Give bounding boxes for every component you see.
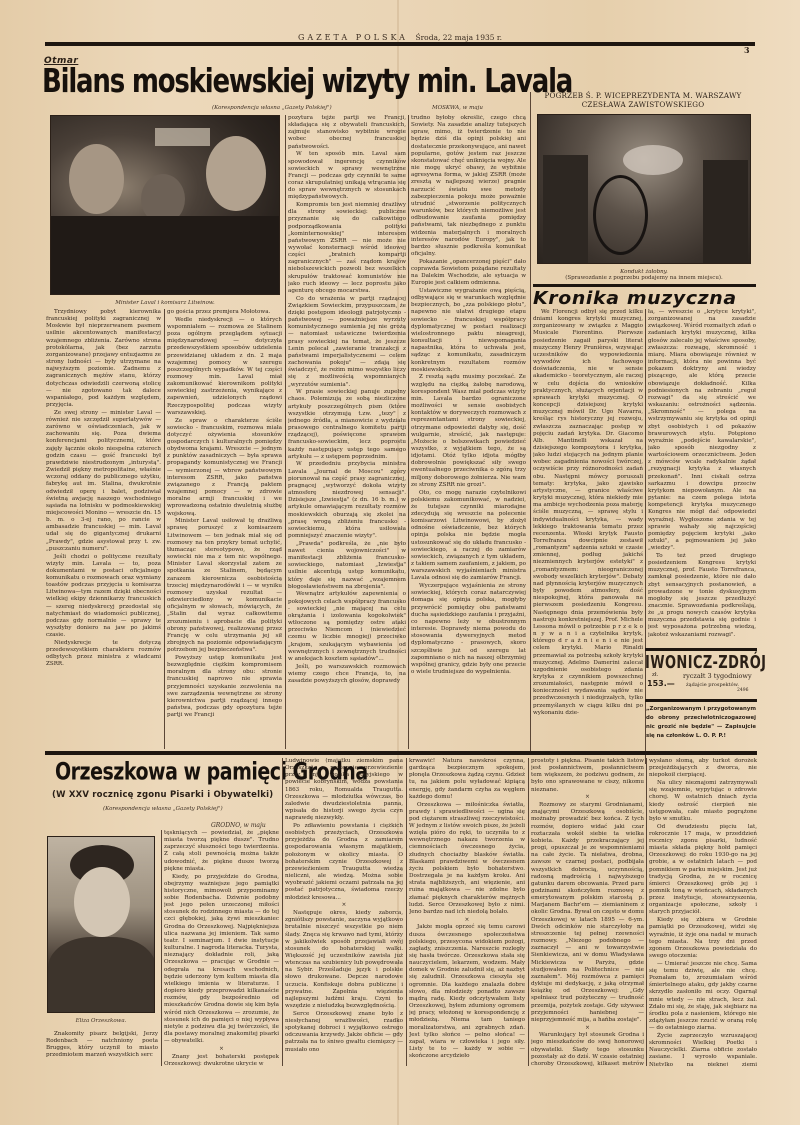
paragraph: Kiedy, po przyjeździe do Grodna, obejrzy…: [164, 874, 279, 1046]
paragraph: Życie zaprzeczyło wzruszającej skromnośc…: [649, 1033, 757, 1066]
photo-figure-right: [206, 136, 266, 211]
section-mark: ×: [531, 794, 644, 801]
column-rule: [646, 758, 647, 1066]
paragraph: Warunkujący był stosunek Grodna i jego m…: [531, 1032, 644, 1066]
paragraph: Od dwudziestu pięciu lat, rokrocznie 17 …: [649, 824, 757, 917]
ad-iwonicz-title: IWONICZ-ZDRÓJ: [645, 653, 766, 673]
paragraph: wysłano słomą, aby turkot dorożek przeje…: [649, 758, 757, 779]
paragraph: Znakomity pisarz belgijski, Jerzy Rodenb…: [46, 1031, 158, 1060]
section-mark: ×: [531, 1025, 644, 1032]
kronika-column-2: ła, — wreszcie o „krytyce krytyki", zorg…: [648, 309, 756, 639]
source-laval: (Korespondencja własna „Gazety Polskiej"…: [212, 105, 332, 111]
section-rule: [530, 92, 531, 752]
photo-dress: [48, 937, 155, 1013]
section-mark: ×: [164, 1046, 279, 1053]
ad-price: 153.—: [647, 679, 675, 688]
masthead-rule: [45, 42, 755, 46]
source-orzeszkowa: (Korespondencja własna „Gazety Polskiej"…: [103, 806, 223, 812]
paragraph: Ze spraw o charakterze ściśle sowiecko -…: [167, 418, 282, 518]
subheadline-orzeszkowa: (W XXV rocznicę zgonu Pisarki i Obywatel…: [52, 790, 273, 800]
paragraph: Ze swej strony — minister Laval — równie…: [46, 410, 161, 553]
paper-name: GAZETA POLSKA: [298, 33, 408, 42]
section-mark: ×: [285, 902, 403, 909]
paragraph: krwawić! Natura nawskroś czynna, gardząc…: [409, 758, 525, 801]
paragraph: tęskniących — powiedział, że „piękne mia…: [164, 830, 279, 873]
paragraph: Minister Laval usiłował tę drażliwą spra…: [167, 518, 282, 654]
newspaper-page: GAZETA POLSKA Środa, 22 maja 1935 r. 3 O…: [0, 0, 800, 1125]
paragraph: Na ulicy nieznajomi zatrzymywali się wza…: [649, 780, 757, 823]
paragraph: — Umierać jeszcze nie chcę. Sama się tem…: [649, 961, 757, 1033]
ad-rule-top: [645, 648, 757, 651]
photo-mourner: [703, 160, 748, 264]
orzeszkowa-column-6: wysłano słomą, aby turkot dorożek przeje…: [649, 758, 757, 1066]
column-rule: [164, 309, 165, 749]
paragraph: prostoty i piękna. Pisanie takich listów…: [531, 758, 644, 794]
orzeszkowa-column-2: tęskniących — powiedział, że „piękne mia…: [164, 830, 279, 1066]
ad-subtext: żądajcie prospektów.: [686, 682, 739, 688]
paragraph: Wewnątrz artykułów zapewnienia o pokojow…: [288, 591, 406, 663]
photo-sign: [155, 128, 210, 146]
column-rule: [282, 758, 283, 1066]
photo-figure-left: [69, 144, 124, 214]
photo-wreaths: [623, 145, 683, 175]
photo-funeral-procession: [537, 114, 751, 264]
paragraph: We Florencji odbył się przed kilku dniam…: [533, 309, 643, 717]
paragraph: Wyczerpujące wyjaśnienia ze strony sowie…: [411, 583, 526, 676]
paragraph: W przededniu przybycia ministra Lavala „…: [288, 461, 406, 540]
paragraph: Serce Orzeszkowej znane było z niesłycha…: [285, 1011, 403, 1054]
funeral-title-line-2: CZESŁAWA ZAWISTOWSKIEGO: [538, 101, 748, 110]
orzeszkowa-column-1: Znakomity pisarz belgijski, Jerzy Rodenb…: [46, 1031, 158, 1066]
orzeszkowa-column-4: krwawić! Natura nawskroś czynna, gardząc…: [409, 758, 525, 1066]
paragraph: Ustawiczne wygrażanie ową pięścią, odbyw…: [411, 288, 526, 374]
ad-currency: zł.: [652, 672, 658, 678]
lop-notice: „Zorganizowanym i przygotowanym do obron…: [646, 705, 756, 741]
column-rule: [645, 309, 646, 764]
ad-rule-bottom: [645, 699, 757, 702]
paragraph: W ten sposób min. Laval sam spowodował i…: [288, 151, 406, 201]
paragraph: Ludwinowie (majątku ziemskim pana Orzesz…: [285, 758, 403, 822]
paragraph: Oto, co mogę narazie czytelnikowi polski…: [411, 490, 526, 583]
caption-funeral: Kondukt żałobny. (Sprawozdanie z pogrzeb…: [537, 269, 751, 281]
orzeszkowa-column-5: prostoty i piękna. Pisanie takich listów…: [531, 758, 644, 1066]
laval-column-4: trudno byłoby określić, czego chcą Sowie…: [411, 115, 526, 749]
kronika-rule: [533, 284, 756, 287]
photo-carriage-wheel: [593, 175, 648, 255]
laval-column-2: go gościa przez premjera Mołotowa. Wedle…: [167, 309, 282, 749]
paragraph: Z resztą sądu musimy poczekać. Ze względ…: [411, 374, 526, 489]
photo-coats: [51, 216, 280, 295]
paragraph: Jeśli chodzi o polityczne rezultaty wizy…: [46, 554, 161, 640]
paragraph: go gościa przez premjera Mołotowa.: [167, 309, 282, 316]
paragraph: Wedle niedyskrecji — o których wspomniał…: [167, 317, 282, 417]
funeral-title: POGRZEB Ś. P. WICEPREZYDENTA M. WARSZAWY…: [538, 92, 748, 109]
paragraph: W prasie sowieckiej panuje zupełny chaos…: [288, 389, 406, 461]
column-rule: [408, 115, 409, 749]
headline-laval: Bilans moskiewskiej wizyty min. Lavala: [42, 63, 522, 101]
ad-offer: ryczałt 3 tygodniowy: [683, 672, 752, 680]
paragraph: trudno byłoby określić, czego chcą Sowie…: [411, 115, 526, 258]
paragraph: „Prawda" podkreśla, że „nie było nawet c…: [288, 541, 406, 591]
paragraph: Następuje okres, kiedy zaborca, zgniótłs…: [285, 910, 403, 1010]
photo-face: [74, 867, 130, 937]
orzeszkowa-column-3: Ludwinowie (majątku ziemskim pana Orzesz…: [285, 758, 403, 1066]
paragraph: Rozmowy ze starymi Grodnianami, znającym…: [531, 802, 644, 1024]
issue-date: Środa, 22 maja 1935 r.: [415, 33, 502, 42]
paragraph: Niedyskrecje te dotyczą przedewszystkiem…: [46, 640, 161, 669]
paragraph: Orzeszkowa — miłośniczka światła, prawdy…: [409, 802, 525, 917]
column-rule: [406, 758, 407, 1066]
page-number: 3: [744, 45, 750, 55]
paragraph: Jakże mogła oprzeć się temu carowi dusza…: [409, 924, 525, 1060]
paragraph: ła, — wreszcie o „krytyce krytyki", zorg…: [648, 309, 756, 552]
photo-soldier: [543, 155, 588, 264]
section-separator: [45, 751, 757, 755]
paragraph: pozytura tejże partji we Francji, składa…: [288, 115, 406, 151]
laval-column-1: Trzydniowy pobyt kierownika francuskiej …: [46, 309, 161, 749]
column-rule: [528, 758, 529, 1066]
paragraph: Powyższy ustęp komunikatu jest bezwzględ…: [167, 655, 282, 719]
dateline-orzeszkowa: GRODNO, w maju: [211, 822, 266, 829]
section-mark: ×: [409, 917, 525, 924]
paragraph: Pokazanie „opancerzonej pięści" dało cop…: [411, 259, 526, 288]
caption-funeral-line-2: (Sprawozdanie z pogrzebu podajemy na inn…: [537, 275, 751, 281]
paragraph: Kompromis ten jest niemniej drażliwy dla…: [288, 202, 406, 295]
paragraph: Kiedy się zbiera w Grodnie pamiątki po O…: [649, 917, 757, 960]
paragraph: To też przed drugiego posiedzeniem Kongr…: [648, 553, 756, 639]
column-rule: [161, 830, 162, 1066]
caption-laval: Minister Laval i komisarz Litwinow.: [50, 300, 280, 306]
dateline-laval: MOSKWA, w maju: [432, 105, 483, 111]
caption-orzeszkowa: Eliza Orzeszkowa.: [47, 1018, 155, 1024]
masthead: GAZETA POLSKA Środa, 22 maja 1935 r.: [45, 33, 755, 49]
kronika-column-1: We Florencji odbył się przed kilku dniam…: [533, 309, 643, 764]
ad-code: 2496: [737, 688, 748, 693]
paragraph: Jeśli, po warszawskich rozmowach wiemy c…: [288, 664, 406, 685]
photo-eliza-orzeszkowa: [47, 836, 155, 1013]
column-rule: [285, 115, 286, 749]
paragraph: Znany jest bohaterski postępek Orzeszkow…: [164, 1054, 279, 1066]
paragraph: Po zdławieniu powstania i ciężkich osobi…: [285, 823, 403, 902]
photo-laval-litwinow: [50, 115, 280, 295]
kronika-title: Kronika muzyczna: [533, 288, 766, 309]
paragraph: Co do wrażenia w partji rządzącej Związk…: [288, 296, 406, 389]
paragraph: Trzydniowy pobyt kierownika francuskiej …: [46, 309, 161, 409]
laval-column-3: pozytura tejże partji we Francji, składa…: [288, 115, 406, 749]
